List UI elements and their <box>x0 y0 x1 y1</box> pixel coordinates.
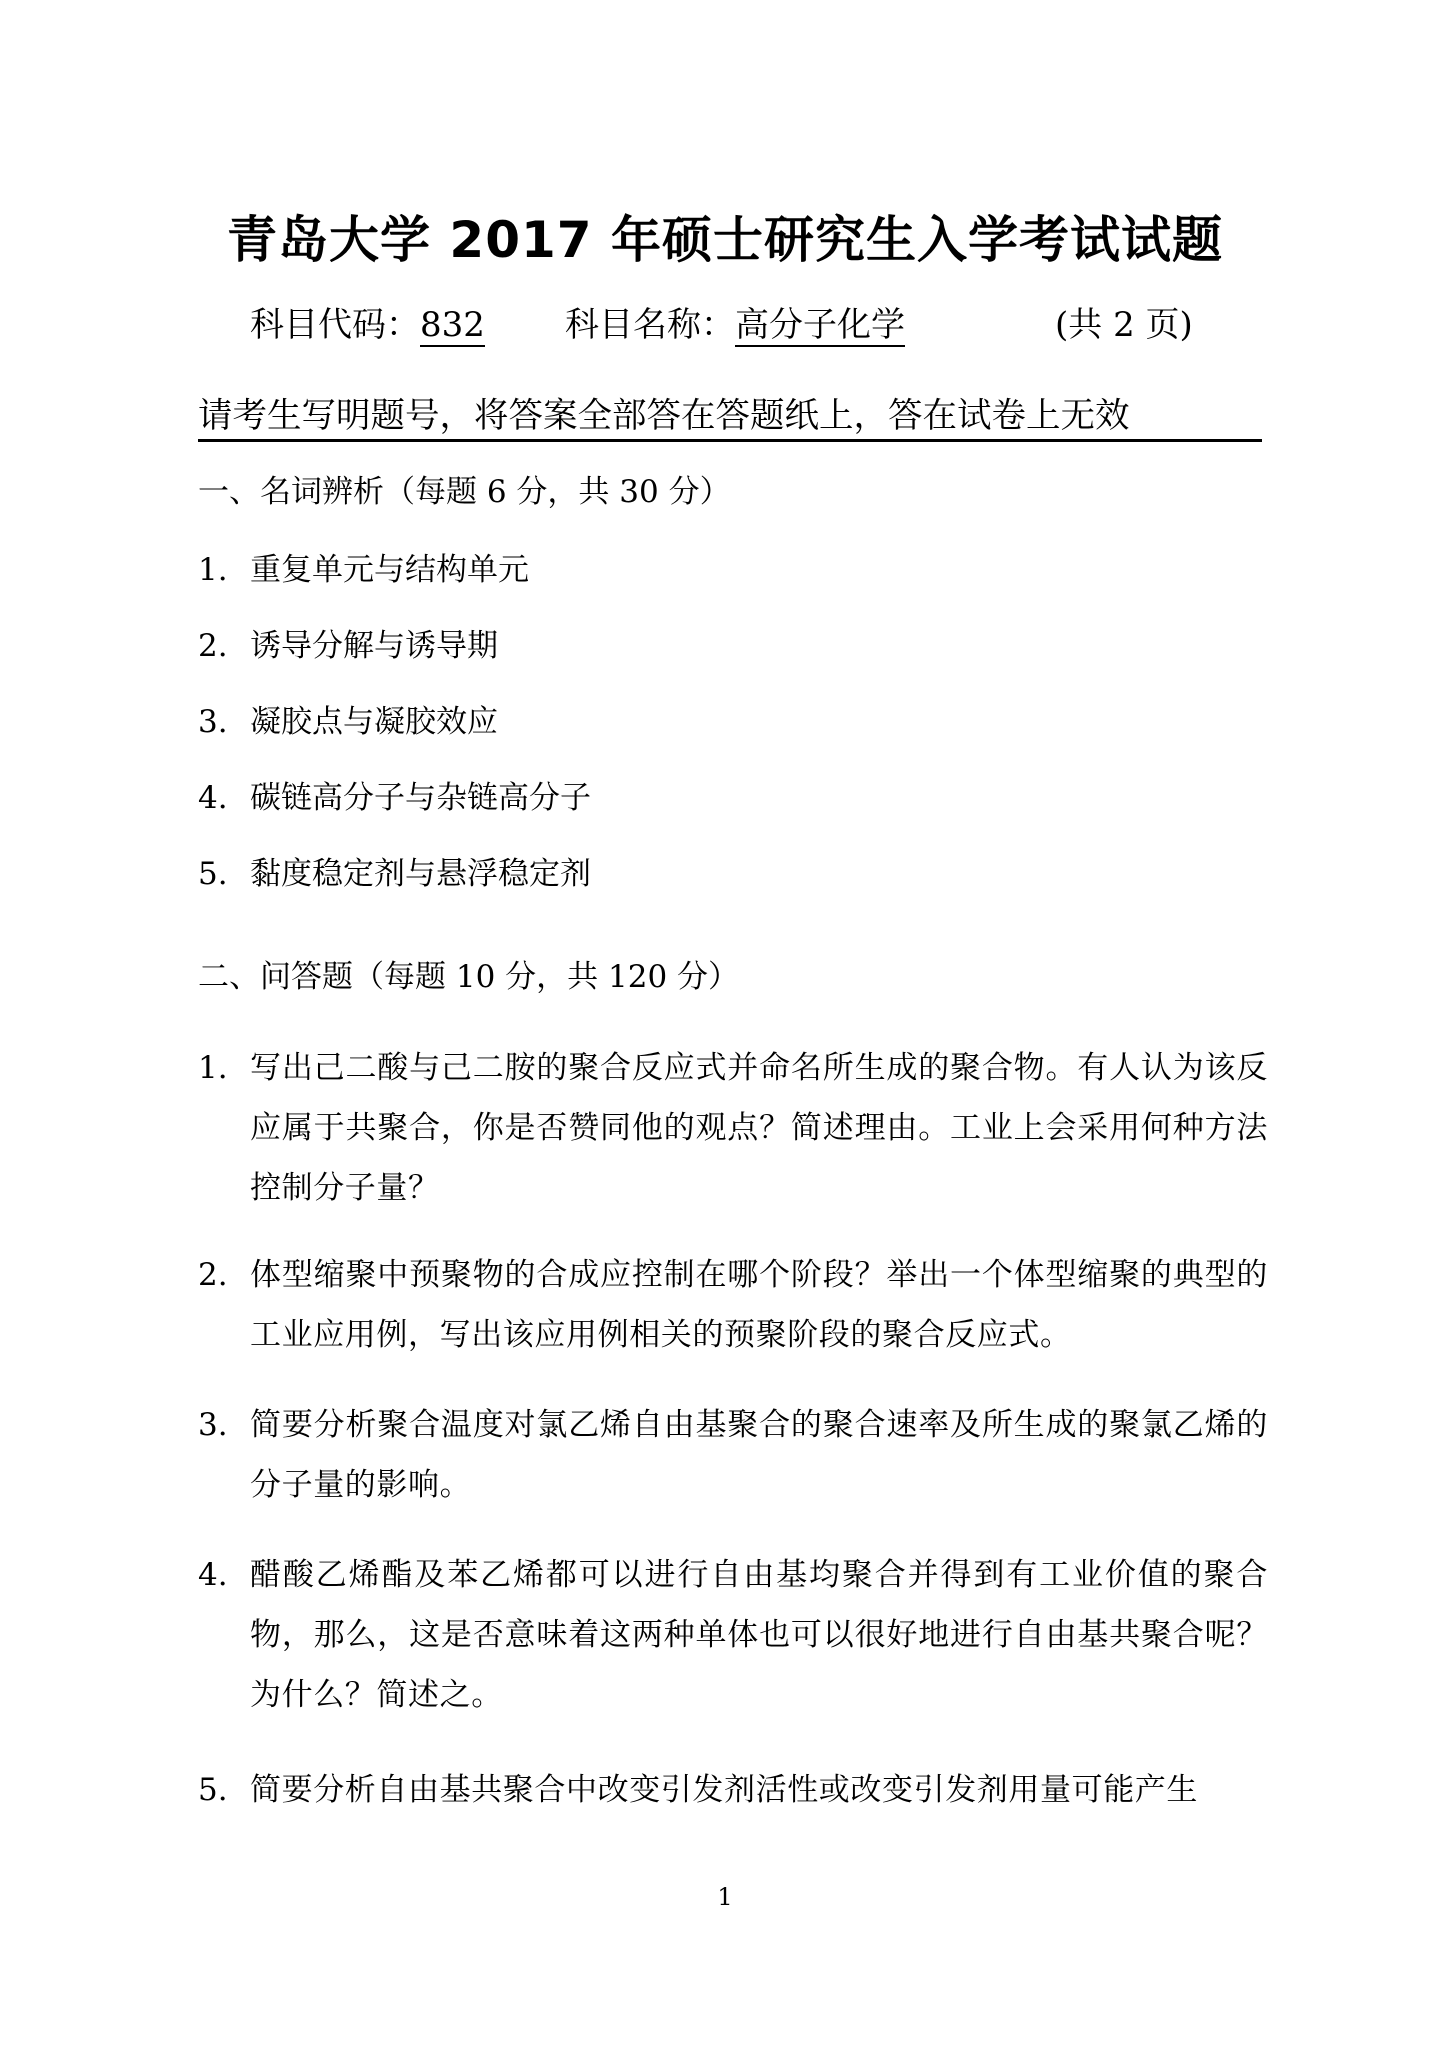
subject-code-value: 832 <box>420 305 485 347</box>
exam-instruction: 请考生写明题号，将答案全部答在答题纸上，答在试卷上无效 <box>198 393 1262 442</box>
term-number: 2. <box>198 624 250 668</box>
term-item: 3.凝胶点与凝胶效应 <box>198 700 498 744</box>
term-number: 5. <box>198 852 250 896</box>
subject-name-label: 科目名称： <box>565 305 735 345</box>
page-count: (共 2 页) <box>1055 300 1193 350</box>
section1-heading: 一、名词辨析（每题 6 分，共 30 分） <box>198 470 731 514</box>
exam-page: 青岛大学 2017 年硕士研究生入学考试试题 科目代码：832 科目名称：高分子… <box>0 0 1450 2048</box>
question-text: 简要分析聚合温度对氯乙烯自由基聚合的聚合速率及所生成的聚氯乙烯的分子量的影响。 <box>250 1395 1268 1515</box>
subject-code-label: 科目代码： <box>250 305 420 345</box>
question-number: 4. <box>198 1545 228 1605</box>
term-text: 碳链高分子与杂链高分子 <box>250 780 591 816</box>
question-number: 5. <box>198 1760 228 1820</box>
question-text: 简要分析自由基共聚合中改变引发剂活性或改变引发剂用量可能产生 <box>250 1760 1268 1820</box>
subject-name: 科目名称：高分子化学 <box>565 300 905 350</box>
term-item: 2.诱导分解与诱导期 <box>198 624 498 668</box>
subject-name-value: 高分子化学 <box>735 305 905 347</box>
section2-heading: 二、问答题（每题 10 分，共 120 分） <box>198 955 739 999</box>
question-item: 1. 写出己二酸与己二胺的聚合反应式并命名所生成的聚合物。有人认为该反应属于共聚… <box>198 1038 1268 1218</box>
question-text: 体型缩聚中预聚物的合成应控制在哪个阶段？举出一个体型缩聚的典型的工业应用例，写出… <box>250 1245 1268 1365</box>
subject-code: 科目代码：832 <box>250 300 485 350</box>
page-number: 1 <box>0 1882 1450 1912</box>
term-text: 重复单元与结构单元 <box>250 552 529 588</box>
exam-title: 青岛大学 2017 年硕士研究生入学考试试题 <box>0 210 1450 270</box>
term-text: 凝胶点与凝胶效应 <box>250 704 498 740</box>
term-number: 3. <box>198 700 250 744</box>
question-number: 3. <box>198 1395 228 1455</box>
term-item: 1.重复单元与结构单元 <box>198 548 529 592</box>
question-text: 写出己二酸与己二胺的聚合反应式并命名所生成的聚合物。有人认为该反应属于共聚合，你… <box>250 1038 1268 1218</box>
term-number: 1. <box>198 548 250 592</box>
term-item: 5.黏度稳定剂与悬浮稳定剂 <box>198 852 591 896</box>
question-number: 1. <box>198 1038 228 1098</box>
question-item: 5. 简要分析自由基共聚合中改变引发剂活性或改变引发剂用量可能产生 <box>198 1760 1268 1820</box>
term-number: 4. <box>198 776 250 820</box>
question-item: 4. 醋酸乙烯酯及苯乙烯都可以进行自由基均聚合并得到有工业价值的聚合物，那么，这… <box>198 1545 1268 1725</box>
term-text: 诱导分解与诱导期 <box>250 628 498 664</box>
question-text: 醋酸乙烯酯及苯乙烯都可以进行自由基均聚合并得到有工业价值的聚合物，那么，这是否意… <box>250 1545 1268 1725</box>
question-number: 2. <box>198 1245 228 1305</box>
question-item: 3. 简要分析聚合温度对氯乙烯自由基聚合的聚合速率及所生成的聚氯乙烯的分子量的影… <box>198 1395 1268 1515</box>
term-item: 4.碳链高分子与杂链高分子 <box>198 776 591 820</box>
question-item: 2. 体型缩聚中预聚物的合成应控制在哪个阶段？举出一个体型缩聚的典型的工业应用例… <box>198 1245 1268 1365</box>
term-text: 黏度稳定剂与悬浮稳定剂 <box>250 856 591 892</box>
